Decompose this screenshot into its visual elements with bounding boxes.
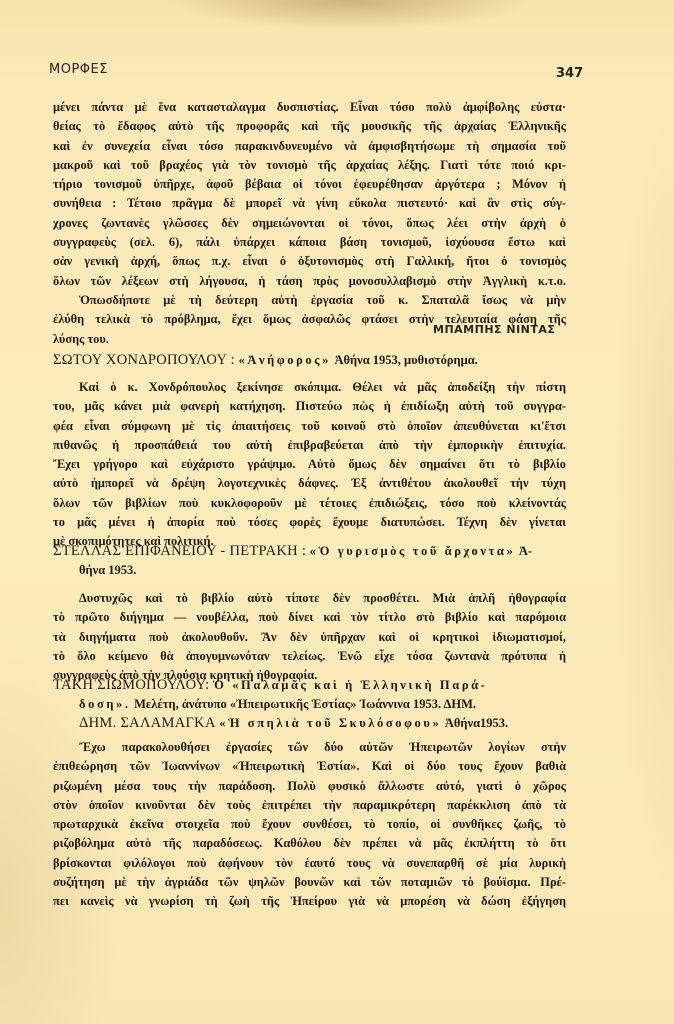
review-book-title: Ὁ «Παλαμᾶς καὶ ἡ Ἑλληνικὴ Παρά- bbox=[213, 678, 488, 692]
review-author: ΤΑΚΗ ΣΙΩΜΟΠΟΥΛΟΥ: bbox=[53, 677, 209, 693]
text-line: πιθανῶς ἡ προσπάθειά του αὐτὴ ἐπιβραβεύε… bbox=[53, 436, 566, 455]
text-line: πρωταρχικὰ ἐκεῖνα στοιχεῖα ποὺ ἔχουν συν… bbox=[53, 815, 566, 834]
signature: ΜΠΑΜΠΗΣ ΝΙΝΤΑΣ bbox=[433, 323, 555, 336]
running-head: ΜΟΡΦΕΣ bbox=[49, 62, 108, 77]
review-2-heading: ΣΩΤΟΥ ΧΟΝΔΡΟΠΟΥΛΟΥ : «Ἀνήφορος» Ἀθήνα 19… bbox=[53, 351, 566, 370]
review-3-body: Δυστυχῶς καὶ τὸ βιβλίο αὐτὸ τίποτε δὲν π… bbox=[53, 589, 566, 685]
text-line: ριζωμένη μέσα τους τὴν παράδοση. Πολὺ φυ… bbox=[53, 777, 566, 796]
text-line: τὸ ὅλο κείμενο θὰ ἀπογυμνωνόταν τελείως.… bbox=[53, 647, 566, 666]
text-line: βρίσκονται φιλόλογοι ποὺ ἀφήνουν τὸν ἑαυ… bbox=[53, 854, 566, 873]
review-1-body: μένει πάντα μὲ ἕνα κατασταλαγμα δυσπιστί… bbox=[53, 98, 566, 349]
text-line: Δυστυχῶς καὶ τὸ βιβλίο αὐτὸ τίποτε δὲν π… bbox=[53, 589, 566, 608]
text-line: ὅλων τῶν λέξεων στὴ λήγουσα, ἡ τάση πρὸς… bbox=[53, 272, 566, 291]
text-line: Ἔχει γρήγορο καὶ εὐχάριστο γράψιμο. Αὐτὸ… bbox=[53, 455, 566, 474]
review-book-title: «Ἀνήφορος» bbox=[238, 353, 330, 367]
review-second-book-title: «Ἡ σπηλιὰ τοῦ Σκυλόσοφου» bbox=[219, 716, 441, 730]
text-line: χρονες ζωντανὲς γλῶσσες δὲν σημειώνονται… bbox=[53, 214, 566, 233]
text-line: ὅλων τῶν βιβλίων ποὺ κυκλοφοροῦν μὲ τέτο… bbox=[53, 494, 566, 513]
text-line: καὶ ἐν συνεχεία εἶναι τόσο παρακινδυνευμ… bbox=[53, 137, 566, 156]
review-book-title-end: δοση». bbox=[79, 697, 131, 711]
text-line: ριζοβόλημα αὐτὸ τῆς παραδόσεως. Καθόλου … bbox=[53, 834, 566, 853]
text-line: στὸν ὁποῖον κινοῦνται δὲν τοὺς ἐπιτρέπει… bbox=[53, 796, 566, 815]
text-line: το μᾶς μένει ἡ ἀπορία ποὺ τόσες φορὲς ἔχ… bbox=[53, 513, 566, 532]
review-book-title: «Ὁ γυρισμὸς τοῦ ἄρχοντα» bbox=[310, 544, 516, 558]
text-line: συζήτηση μὲ τὴν ἀγριάδα τῶν ψηλῶν βουνῶν… bbox=[53, 873, 566, 892]
text-line: του, μᾶς κάνει μιὰ φανερὴ κατήχηση. Πιστ… bbox=[53, 397, 566, 416]
review-4-body: Ἔχω παρακολουθήσει ἐργασίες τῶν δύο αὐτῶ… bbox=[53, 738, 566, 912]
text-line: μένει πάντα μὲ ἕνα κατασταλαγμα δυσπιστί… bbox=[53, 98, 566, 117]
review-second-details: Ἀθήνα1953. bbox=[445, 716, 508, 730]
review-details-continued: θήνα 1953. bbox=[53, 561, 566, 580]
text-line: συνήθεια : Τέτοιο πρᾶγμα δὲ μπορεῖ νὰ γί… bbox=[53, 194, 566, 213]
text-line: Ἔχω παρακολουθήσει ἐργασίες τῶν δύο αὐτῶ… bbox=[53, 738, 566, 757]
text-line: ἐπιθεώρηση τῶν Ἰωαννίνων «Ἠπειρωτικὴ Ἑστ… bbox=[53, 757, 566, 776]
text-line: μακροῦ καὶ τοῦ βραχέος γιὰ τὸν τονισμὸ τ… bbox=[53, 156, 566, 175]
review-details: Ἀθήνα 1953, μυθιστόρημα. bbox=[334, 353, 477, 367]
review-4-heading: ΤΑΚΗ ΣΙΩΜΟΠΟΥΛΟΥ: Ὁ «Παλαμᾶς καὶ ἡ Ἑλλην… bbox=[53, 676, 566, 733]
review-2-body: Καὶ ὁ κ. Χονδρόπουλος ξεκίνησε σκόπιμα. … bbox=[53, 378, 566, 552]
text-line: θείας τὸ ἔδαφος αὐτὸ τῆς προφορᾶς καὶ τῆ… bbox=[53, 117, 566, 136]
text-line: Ὁπωσδήποτε μὲ τὴ δεύτερη αὐτὴ ἐργασία το… bbox=[53, 291, 566, 310]
text-line: τήριο τονισμοῦ ὑπῆρχε, ἀφοῦ βέβαια οἱ τό… bbox=[53, 175, 566, 194]
review-second-author: ΔΗΜ. ΣΑΛΑΜΑΓΚΑ bbox=[79, 715, 216, 731]
review-heading-line-2: δοση». Μελέτη, ἀνάτυπο «Ἠπειρωτικῆς Ἑστί… bbox=[53, 695, 566, 714]
review-details: Ἀ- bbox=[519, 544, 532, 558]
review-author: ΣΩΤΟΥ ΧΟΝΔΡΟΠΟΥΛΟΥ : bbox=[53, 352, 235, 368]
text-line: τὰ διηγήματα ποὺ ἀκολουθοῦν. Ἂν δὲν ὑπῆρ… bbox=[53, 628, 566, 647]
text-line: αὐτὸ ἠμπορεῖ νὰ δρέψη λογοτεχνικὲς δάφνε… bbox=[53, 474, 566, 493]
review-3-heading: ΣΤΕΛΛΑΣ ΕΠΙΦΑΝΕΙΟΥ - ΠΕΤΡΑΚΗ : «Ὁ γυρισμ… bbox=[53, 542, 566, 580]
text-line: Καὶ ὁ κ. Χονδρόπουλος ξεκίνησε σκόπιμα. … bbox=[53, 378, 566, 397]
text-line: φέα εἶναι σύμφωνη μὲ τὶς ἀπαιτήσεις τοῦ … bbox=[53, 417, 566, 436]
page-number: 347 bbox=[556, 66, 583, 81]
review-heading-line-3: ΔΗΜ. ΣΑΛΑΜΑΓΚΑ «Ἡ σπηλιὰ τοῦ Σκυλόσοφου»… bbox=[53, 714, 566, 733]
text-line: συγγραφεὺς (σελ. 6), πάλι ὑπάρχει κάποια… bbox=[53, 233, 566, 252]
text-line: τὸ πρῶτο διήγημα — νουβέλλα, ποὺ δίνει κ… bbox=[53, 608, 566, 627]
review-author: ΣΤΕΛΛΑΣ ΕΠΙΦΑΝΕΙΟΥ - ΠΕΤΡΑΚΗ : bbox=[53, 543, 306, 559]
scanned-page: ΜΟΡΦΕΣ 347 μένει πάντα μὲ ἕνα κατασταλαγ… bbox=[0, 0, 674, 1024]
text-line: σὰν γενικὴ ἀρχή, ὅπως π.χ. εἶναι ὁ ὀξυτο… bbox=[53, 252, 566, 271]
text-line: πει κανεὶς νὰ γνωρίση τὴ ζωὴ τῆς Ἠπείρου… bbox=[53, 892, 566, 911]
review-details: Μελέτη, ἀνάτυπο «Ἠπειρωτικῆς Ἑστίας» Ἰωά… bbox=[134, 697, 476, 711]
